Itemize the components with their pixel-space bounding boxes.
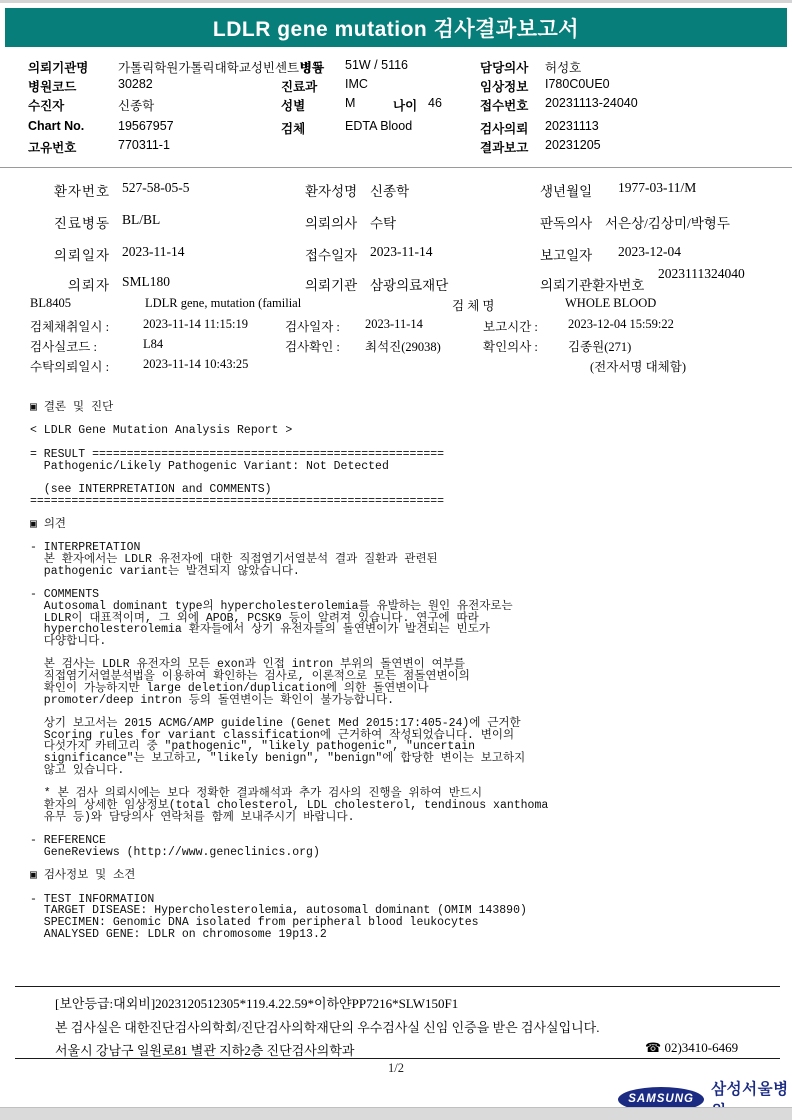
specimen-row-1: BL8405 LDLR gene, mutation (familial 검 체… (0, 296, 792, 314)
ward-info-value: BL/BL (122, 212, 160, 228)
header-row-patient: 수진자 신종학 성별 M 나이 46 접수번호 20231113-24040 (0, 96, 792, 114)
verified-value: 최석진(29038) (365, 337, 441, 355)
age-value: 46 (428, 96, 442, 110)
age-label: 나이 (393, 96, 417, 114)
specimen-type-label: 검체 (281, 119, 305, 137)
birthdate-label: 생년월일 (540, 180, 592, 200)
samsung-logo-text: SAMSUNG (628, 1093, 694, 1105)
result-report-label: 결과보고 (480, 138, 528, 156)
security-classification-line: [보안등급:대외비]2023120512305*119.4.22.59*이하얀P… (55, 993, 458, 1012)
ward-value: 51W / 5116 (345, 58, 408, 72)
test-date-value: 2023-11-14 (365, 317, 423, 332)
header-row-hospital-code: 병원코드 30282 진료과 IMC 임상정보 I780C0UE0 (0, 77, 792, 95)
receipt-date-value: 2023-11-14 (370, 244, 433, 260)
header-row-institution: 의뢰기관명 가톨릭학원가톨릭대학교성빈센트병원 병동 51W / 5116 담당… (0, 58, 792, 76)
specimen-name-label: 검 체 명 (452, 296, 494, 314)
patient-name-label: 환자성명 (305, 180, 357, 200)
attending-doctor-value: 허성호 (545, 58, 581, 76)
hospital-code-value: 30282 (118, 77, 153, 91)
attending-doctor-label: 담당의사 (480, 58, 528, 76)
specimen-type-value: EDTA Blood (345, 119, 412, 133)
request-date-label: 의뢰일자 (30, 244, 110, 264)
reading-doctor-label: 판독의사 (540, 212, 592, 232)
bottom-gray-strip (0, 1107, 792, 1120)
referring-org-label: 의뢰기관 (305, 274, 357, 294)
result-report-value: 20231205 (545, 138, 601, 152)
referring-doctor-label: 의뢰의사 (305, 212, 357, 232)
test-code: BL8405 (30, 296, 71, 311)
patient-row-1: 환자번호 527-58-05-5 환자성명 신종학 생년월일 1977-03-1… (0, 180, 792, 200)
accession-number-value: 20231113-24040 (545, 96, 638, 110)
footer-divider-line-top (15, 986, 780, 987)
report-date-label: 보고일자 (540, 244, 592, 264)
sex-value: M (345, 96, 355, 110)
footer-divider-line-bottom (15, 1058, 780, 1059)
patient-number-label: 환자번호 (30, 180, 110, 200)
header-divider-line (0, 167, 792, 168)
department-label: 진료과 (281, 77, 317, 95)
page-number: 1/2 (0, 1061, 792, 1076)
referral-time-label: 수탁의뢰일시 : (30, 357, 109, 375)
patient-row-4: 의뢰자 SML180 의뢰기관 삼광의료재단 의뢰기관환자번호 20231113… (0, 274, 792, 294)
order-date-label: 검사의뢰 (480, 119, 528, 137)
institution-label: 의뢰기관명 (28, 58, 88, 76)
patient-row-3: 의뢰일자 2023-11-14 접수일자 2023-11-14 보고일자 202… (0, 244, 792, 264)
specimen-row-4: 수탁의뢰일시 : 2023-11-14 10:43:25 (전자서명 대체함) (0, 357, 792, 375)
report-page: LDLR gene mutation 검사결과보고서 의뢰기관명 가톨릭학원가톨… (0, 0, 792, 1120)
examinee-value: 신종학 (118, 96, 154, 114)
accession-number-label: 접수번호 (480, 96, 528, 114)
specimen-row-3: 검사실코드 : L84 검사확인 : 최석진(29038) 확인의사 : 김종원… (0, 337, 792, 355)
laboratory-phone: ☎ 02)3410-6469 (645, 1040, 738, 1056)
patient-name-value: 신종학 (370, 180, 409, 200)
ward-info-label: 진료병동 (30, 212, 110, 232)
chart-no-value: 19567957 (118, 119, 174, 133)
requester-label: 의뢰자 (30, 274, 110, 294)
report-body-text: ▣ 결론 및 진단 < LDLR Gene Mutation Analysis … (30, 402, 770, 940)
order-date-value: 20231113 (545, 119, 599, 133)
referring-doctor-value: 수탁 (370, 212, 396, 232)
clinical-info-value: I780C0UE0 (545, 77, 610, 91)
collected-value: 2023-11-14 11:15:19 (143, 317, 248, 332)
specimen-row-2: 검체채취일시 : 2023-11-14 11:15:19 검사일자 : 2023… (0, 317, 792, 335)
lab-code-label: 검사실코드 : (30, 337, 97, 355)
org-patient-number-label: 의뢰기관환자번호 (540, 274, 644, 294)
unique-id-label: 고유번호 (28, 138, 76, 156)
report-date-value: 2023-12-04 (618, 244, 681, 260)
org-patient-number-value: 2023111324040 (658, 267, 746, 281)
referral-time-value: 2023-11-14 10:43:25 (143, 357, 248, 372)
reading-doctor-value: 서은상/김상미/박형두 (605, 212, 730, 232)
report-title: LDLR gene mutation 검사결과보고서 (213, 13, 579, 43)
test-name: LDLR gene, mutation (familial (145, 296, 301, 311)
hospital-code-label: 병원코드 (28, 77, 76, 95)
patient-row-2: 진료병동 BL/BL 의뢰의사 수탁 판독의사 서은상/김상미/박형두 (0, 212, 792, 232)
department-value: IMC (345, 77, 368, 91)
chart-no-label: Chart No. (28, 119, 84, 133)
collected-label: 검체채취일시 : (30, 317, 109, 335)
specimen-name-value: WHOLE BLOOD (565, 296, 656, 311)
verified-label: 검사확인 : (285, 337, 340, 355)
header-row-chart: Chart No. 19567957 검체 EDTA Blood 검사의뢰 20… (0, 119, 792, 137)
confirm-doctor-label: 확인의사 : (483, 337, 538, 355)
ward-label: 병동 (300, 58, 324, 76)
test-date-label: 검사일자 : (285, 317, 340, 335)
institution-value: 가톨릭학원가톨릭대학교성빈센트병원 (118, 58, 323, 76)
report-title-bar: LDLR gene mutation 검사결과보고서 (5, 8, 787, 47)
laboratory-address: 서울시 강남구 일원로81 별관 지하2층 진단검사의학과 (55, 1040, 354, 1059)
confirm-doctor-value: 김종원(271) (568, 337, 631, 355)
receipt-date-label: 접수일자 (305, 244, 357, 264)
report-time-label: 보고시간 : (483, 317, 538, 335)
accreditation-statement: 본 검사실은 대한진단검사의학회/진단검사의학재단의 우수검사실 신임 인증을 … (55, 1017, 600, 1036)
clinical-info-label: 임상정보 (480, 77, 528, 95)
header-row-unique-id: 고유번호 770311-1 결과보고 20231205 (0, 138, 792, 156)
referring-org-value: 삼광의료재단 (370, 274, 448, 294)
esign-note: (전자서명 대체함) (590, 357, 686, 375)
top-gray-strip (0, 0, 792, 5)
examinee-label: 수진자 (28, 96, 64, 114)
report-time-value: 2023-12-04 15:59:22 (568, 317, 674, 332)
unique-id-value: 770311-1 (118, 138, 170, 152)
request-date-value: 2023-11-14 (122, 244, 185, 260)
requester-value: SML180 (122, 274, 170, 290)
lab-code-value: L84 (143, 337, 163, 352)
sex-label: 성별 (281, 96, 305, 114)
birthdate-value: 1977-03-11/M (618, 180, 696, 196)
patient-number-value: 527-58-05-5 (122, 180, 190, 196)
